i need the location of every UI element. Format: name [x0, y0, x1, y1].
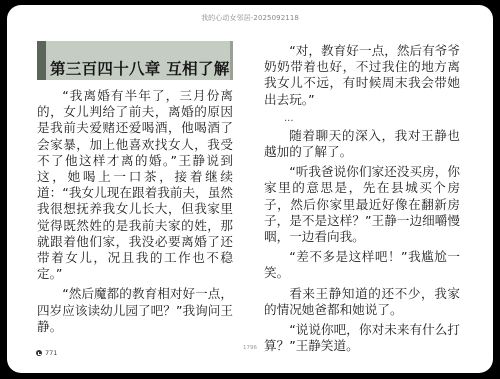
paragraph: 看来王静知道的还不少，我家的情况她爸都和她说了。 — [264, 286, 460, 318]
book-title: 我的心动女邻居-2025092118 — [7, 13, 493, 23]
paragraph: “然后魔都的教育相对好一点，四岁应该读幼儿园了吧？”我询问王静。 — [37, 286, 233, 335]
right-column: “对，教育好一点，然后有爷爷奶奶带着也好，不过我住的地方离我女儿不远，有时候周末… — [264, 43, 460, 354]
paragraph: “听我爸说你们家还没买房，你家里的意思是，先在县城买个房子，然后你家里最近好像在… — [264, 164, 460, 245]
reader-page[interactable]: 我的心动女邻居-2025092118 第三百四十八章 互相了解 “我离婚有半年了… — [7, 5, 493, 373]
left-column: 第三百四十八章 互相了解 “我离婚有半年了，三月份离的，女儿判给了前夫，离婚的原… — [37, 42, 233, 335]
scene-break: ... — [264, 112, 460, 126]
chapter-title: 第三百四十八章 互相了解 — [50, 61, 230, 77]
chapter-header: 第三百四十八章 互相了解 — [37, 41, 233, 80]
paragraph: “差不多是这样吧！”我尴尬一笑。 — [264, 249, 460, 281]
page-number: 1796 — [7, 345, 493, 351]
paragraph: “我离婚有半年了，三月份离的，女儿判给了前夫，离婚的原因是我前夫爱赌还爱喝酒，他… — [37, 88, 233, 282]
paragraph: 随着聊天的深入，我对王静也越加的了解了。 — [264, 128, 460, 160]
paragraph: “对，教育好一点，然后有爷爷奶奶带着也好，不过我住的地方离我女儿不远，有时候周末… — [264, 43, 460, 108]
